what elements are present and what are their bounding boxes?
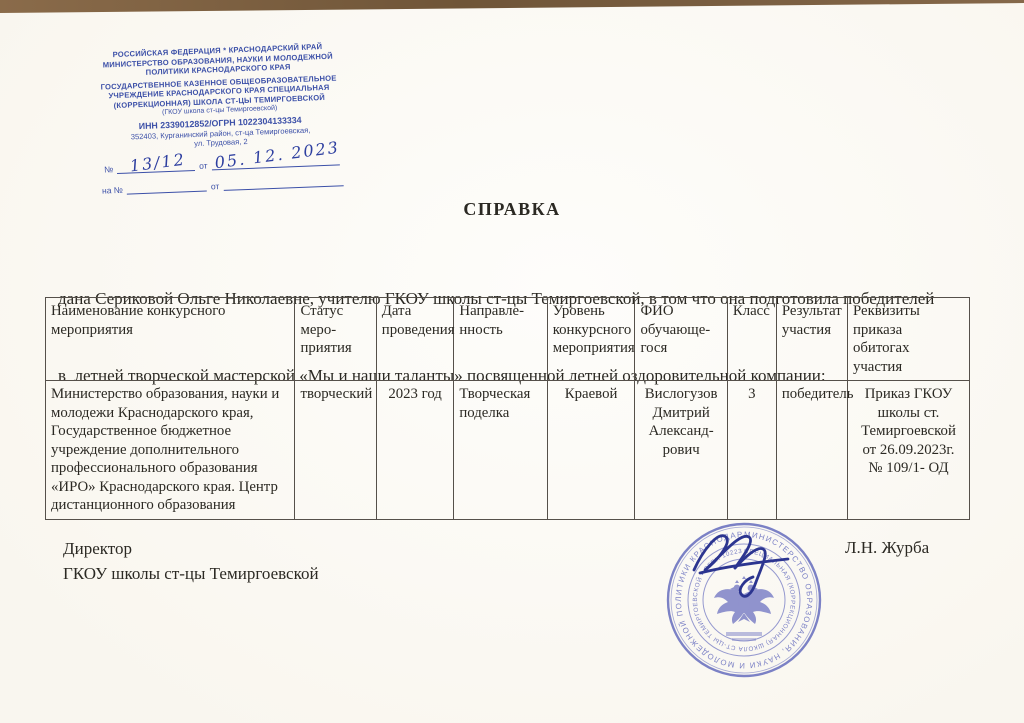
- handwritten-document-number: 13/12: [129, 150, 187, 176]
- table-data-row: Министерство образования, науки и молоде…: [46, 381, 970, 520]
- header-result: Результат участия: [776, 298, 847, 381]
- cell-event-status: творческий: [295, 381, 376, 520]
- cell-event-level: Краевой: [547, 381, 635, 520]
- seal-bottom-text-block-2: [732, 638, 756, 641]
- header-event-level: Уровень конкурсного мероприятия: [547, 298, 635, 381]
- header-event-status: Статус меро- приятия: [295, 298, 376, 381]
- reply-from-label: от: [211, 181, 220, 191]
- reply-date-blank-line: [223, 171, 343, 191]
- number-blank-line: 13/12: [117, 156, 196, 174]
- number-label: №: [104, 164, 114, 174]
- header-order-details: Реквизиты приказа обитогах участия: [847, 298, 969, 381]
- cell-class: 3: [727, 381, 776, 520]
- header-class: Класс: [727, 298, 776, 381]
- cell-event-name: Министерство образования, науки и молоде…: [46, 381, 295, 520]
- table-header-row: Наименование конкурсного мероприятия Ста…: [46, 298, 970, 381]
- reply-reference-row: на № от: [88, 171, 356, 196]
- header-student-name: ФИО обучающе- гося: [635, 298, 727, 381]
- cell-direction: Творческая поделка: [454, 381, 547, 520]
- header-event-date: Дата проведения: [376, 298, 454, 381]
- cell-student-name: Вислогузов Дмитрий Александ- рович: [635, 381, 727, 520]
- date-blank-line: 05. 12. 2023: [211, 150, 339, 170]
- header-direction: Направле- нность: [454, 298, 547, 381]
- reply-number-blank-line: [127, 177, 208, 195]
- document-title: СПРАВКА: [0, 199, 1024, 220]
- document-number-row: № 13/12 от 05. 12. 2023: [87, 150, 355, 175]
- header-event-name: Наименование конкурсного мероприятия: [46, 298, 295, 381]
- seal-bottom-text-block: [726, 632, 762, 636]
- letterhead-stamp: РОССИЙСКАЯ ФЕДЕРАЦИЯ * КРАСНОДАРСКИЙ КРА…: [83, 41, 356, 196]
- cell-order-details: Приказ ГКОУ школы ст. Темиргоевской от 2…: [847, 381, 969, 520]
- document-sheet: РОССИЙСКАЯ ФЕДЕРАЦИЯ * КРАСНОДАРСКИЙ КРА…: [0, 0, 1024, 723]
- director-organization: ГКОУ школы ст-цы Темиргоевской: [63, 561, 319, 586]
- director-name: Л.Н. Журба: [845, 538, 929, 558]
- cell-event-date: 2023 год: [376, 381, 454, 520]
- director-title: Директор: [63, 536, 319, 561]
- handwritten-signature: [672, 510, 832, 610]
- from-label: от: [199, 161, 208, 171]
- signature-block: Директор ГКОУ школы ст-цы Темиргоевской: [63, 536, 319, 586]
- cell-result: победитель: [776, 381, 847, 520]
- reply-number-label: на №: [102, 185, 123, 196]
- results-table: Наименование конкурсного мероприятия Ста…: [45, 297, 970, 520]
